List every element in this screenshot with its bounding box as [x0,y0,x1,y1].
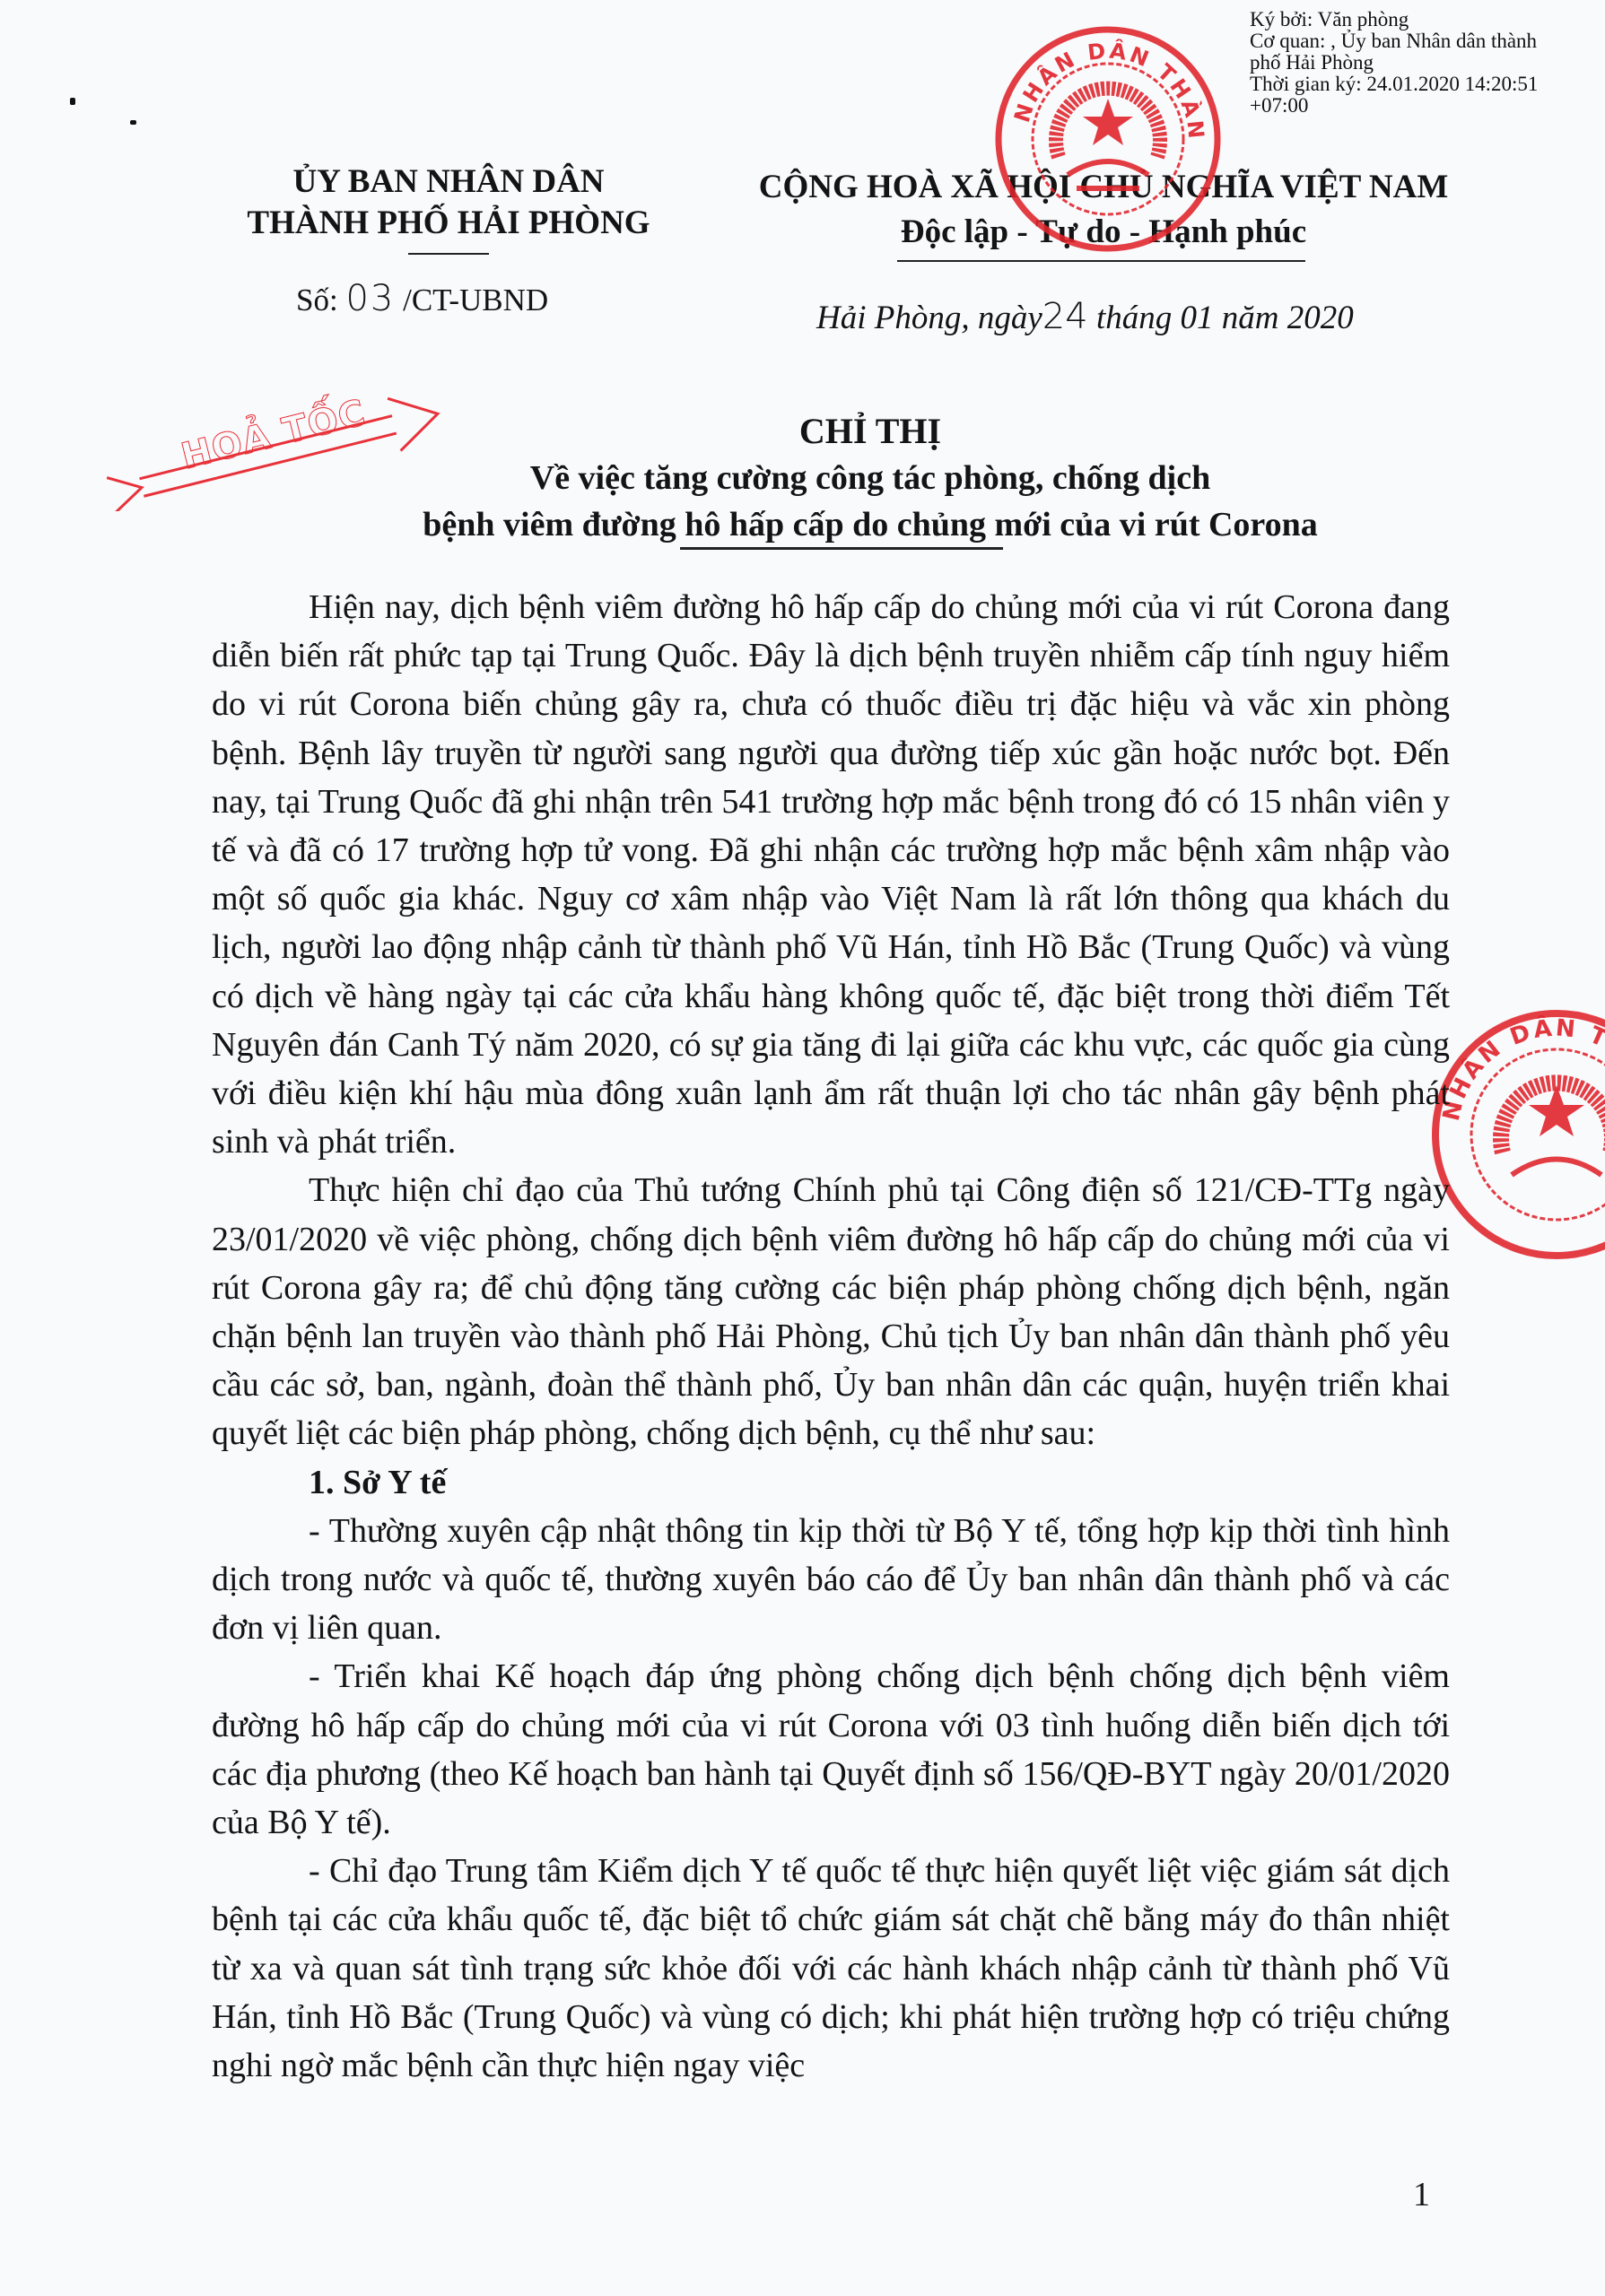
signature-line: Cơ quan: , Ủy ban Nhân dân thành [1250,30,1600,52]
signature-line: phố Hải Phòng [1250,52,1600,74]
signature-line: +07:00 [1250,95,1600,117]
page-number: 1 [1413,2175,1430,2214]
number-prefix: Số: [296,283,338,317]
divider [680,547,1003,550]
digital-signature-block: Ký bởi: Văn phòng Cơ quan: , Ủy ban Nhân… [1250,9,1600,117]
paragraph: Thực hiện chỉ đạo của Thủ tướng Chính ph… [212,1166,1450,1457]
authority-line-1: ỦY BAN NHÂN DÂN [206,161,691,203]
paragraph: - Thường xuyên cập nhật thông tin kịp th… [212,1507,1450,1653]
document-body: Hiện nay, dịch bệnh viêm đường hô hấp cấ… [212,583,1450,2090]
date-day-handwritten: 24 [1042,296,1088,337]
paragraph: - Triển khai Kế hoạch đáp ứng phòng chốn… [212,1652,1450,1847]
section-heading: 1. Sở Y tế [212,1458,1450,1507]
number-handwritten: 03 [345,278,395,319]
scan-speck [70,98,75,105]
document-type: CHỈ THỊ [269,408,1471,455]
document-number: Số: 03 /CT-UBND [296,278,548,319]
date-prefix: Hải Phòng, ngày [816,300,1042,336]
number-suffix: /CT-UBND [403,283,548,317]
paragraph: Hiện nay, dịch bệnh viêm đường hô hấp cấ… [212,583,1450,1166]
place-date: Hải Phòng, ngày24 tháng 01 năm 2020 [816,296,1354,337]
subject-line-1: Về việc tăng cường công tác phòng, chống… [269,455,1471,501]
divider [897,260,1305,262]
signature-line: Thời gian ký: 24.01.2020 14:20:51 [1250,74,1600,95]
signature-line: Ký bởi: Văn phòng [1250,9,1600,30]
subject-line-2: bệnh viêm đường hô hấp cấp do chủng mới … [269,501,1471,548]
issuing-authority: ỦY BAN NHÂN DÂN THÀNH PHỐ HẢI PHÒNG [206,161,691,244]
official-seal-icon: NHÂN DÂN THÀNH PHỐ HẢI [991,22,1225,256]
divider [408,253,489,255]
document-title: CHỈ THỊ Về việc tăng cường công tác phòn… [269,408,1471,548]
paragraph: - Chỉ đạo Trung tâm Kiểm dịch Y tế quốc … [212,1847,1450,2090]
date-suffix: tháng 01 năm 2020 [1096,300,1354,336]
authority-line-2: THÀNH PHỐ HẢI PHÒNG [206,203,691,244]
scan-speck [130,120,136,125]
